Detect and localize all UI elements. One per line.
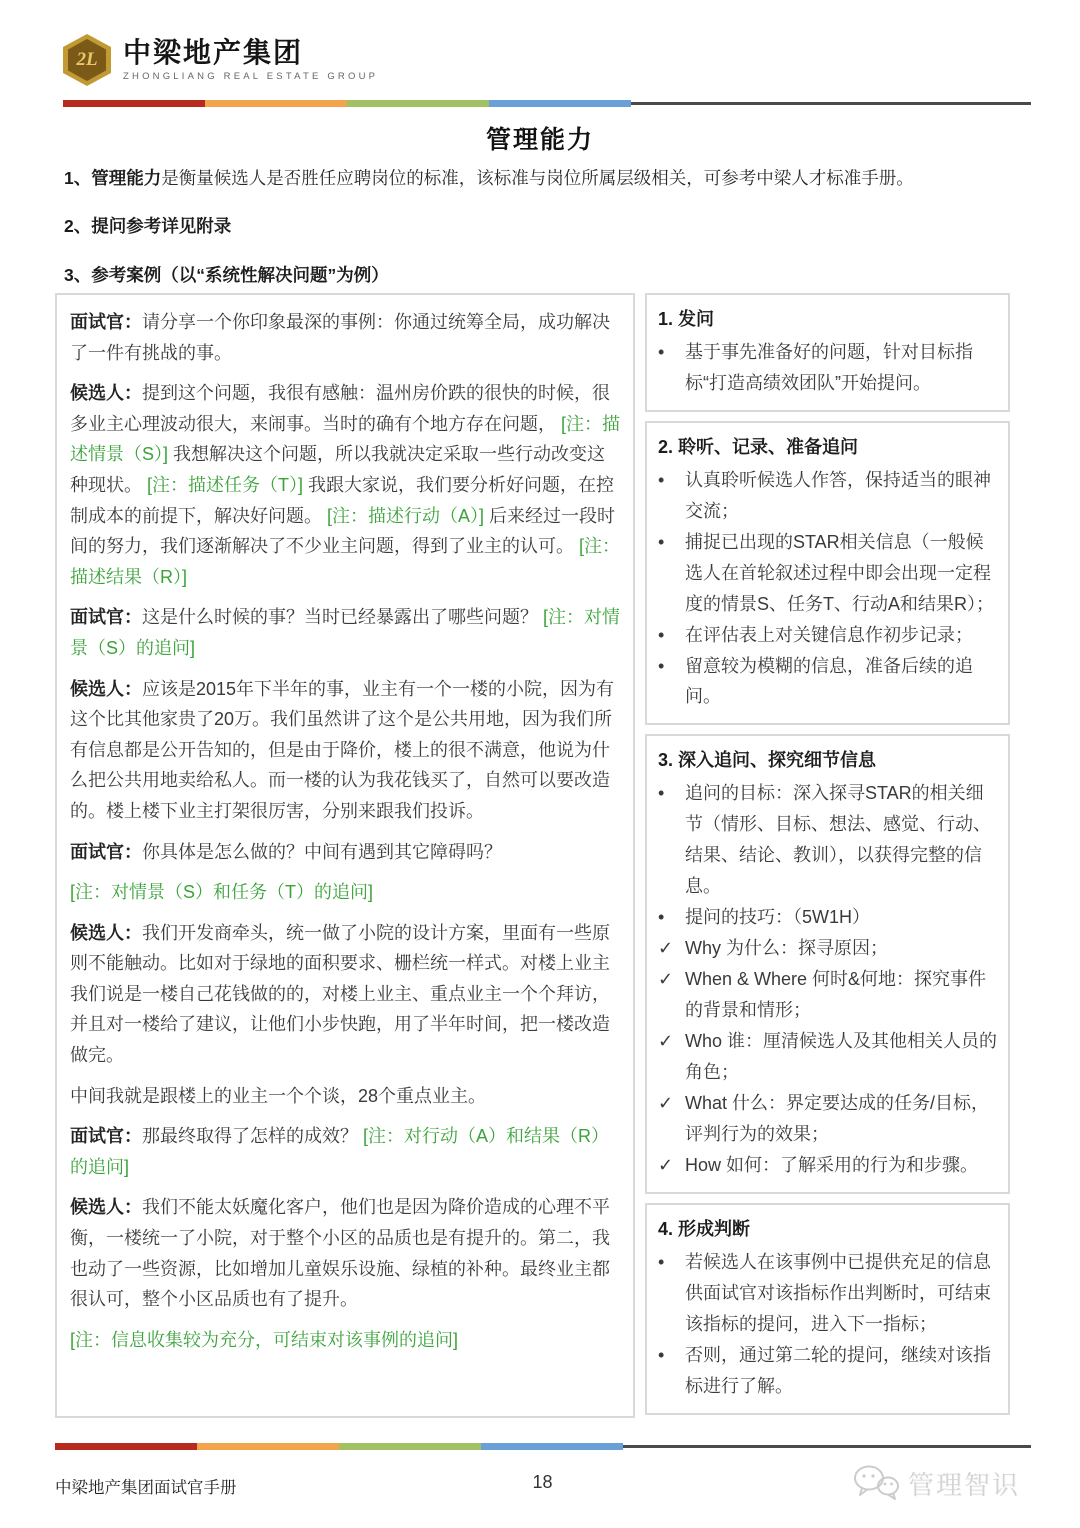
step-item-text: 认真聆听候选人作答，保持适当的眼神交流； — [685, 465, 997, 527]
step-item-text: 追问的目标：深入探寻STAR的相关细节（情形、目标、想法、感觉、行动、结果、结论… — [685, 778, 997, 902]
step-title: 1. 发问 — [658, 304, 997, 335]
step-item: •提问的技巧：（5W1H） — [658, 902, 997, 933]
bullet-marker: • — [658, 1247, 685, 1340]
dialogue-text: 这是什么时候的事？当时已经暴露出了哪些问题？ — [142, 607, 543, 627]
bar-segment-blue — [489, 100, 631, 107]
dialogue-paragraph: 候选人：我们开发商牵头，统一做了小院的设计方案，里面有一些原则不能触动。比如对于… — [70, 918, 620, 1071]
check-marker: ✓ — [658, 1150, 685, 1181]
dialogue-paragraph: 面试官：你具体是怎么做的？中间有遇到其它障碍吗？ — [70, 837, 620, 868]
speaker-label: 面试官： — [70, 842, 142, 862]
speaker-label: 候选人： — [70, 679, 142, 699]
intro-item: 3、参考案例（以“系统性解决问题”为例） — [64, 263, 1024, 288]
bar-segment-blue — [481, 1443, 623, 1450]
speaker-label: 面试官： — [70, 1126, 142, 1146]
intro-item-keyword: 参考案例（以“系统性解决问题”为例） — [91, 265, 389, 285]
dialogue-paragraph: 面试官：这是什么时候的事？当时已经暴露出了哪些问题？ [注：对情景（S）的追问] — [70, 602, 620, 663]
wechat-icon — [852, 1464, 900, 1502]
bar-segment-orange — [197, 1443, 339, 1450]
dialogue-text: 请分享一个你印象最深的事例：你通过统筹全局，成功解决了一件有挑战的事。 — [70, 312, 610, 363]
company-name-cn: 中梁地产集团 — [123, 38, 378, 69]
dialogue-paragraph: 面试官：请分享一个你印象最深的事例：你通过统筹全局，成功解决了一件有挑战的事。 — [70, 307, 620, 368]
bullet-marker: • — [658, 527, 685, 620]
page-title: 管理能力 — [0, 120, 1080, 156]
speaker-label: 候选人： — [70, 383, 142, 403]
bullet-marker: • — [658, 778, 685, 902]
step-box: 1. 发问•基于事先准备好的问题，针对目标指标“打造高绩效团队”开始提问。 — [645, 293, 1010, 412]
header-accent-bar — [63, 100, 1031, 107]
bullet-marker: • — [658, 465, 685, 527]
step-item: ✓How 如何：了解采用的行为和步骤。 — [658, 1150, 997, 1181]
step-item: •追问的目标：深入探寻STAR的相关细节（情形、目标、想法、感觉、行动、结果、结… — [658, 778, 997, 902]
intro-item-keyword: 提问参考详见附录 — [91, 216, 231, 236]
bar-segment-orange — [205, 100, 347, 107]
company-name-block: 中梁地产集团 ZHONGLIANG REAL ESTATE GROUP — [123, 38, 378, 83]
step-box: 2. 聆听、记录、准备追问•认真聆听候选人作答，保持适当的眼神交流；•捕捉已出现… — [645, 421, 1010, 726]
intro-item: 2、提问参考详见附录 — [64, 214, 1024, 239]
bar-line-gray — [623, 1445, 1031, 1448]
bullet-marker: • — [658, 620, 685, 651]
step-item: •在评估表上对关键信息作初步记录； — [658, 620, 997, 651]
bullet-marker: • — [658, 337, 685, 399]
intro-item: 1、管理能力是衡量候选人是否胜任应聘岗位的标准，该标准与岗位所属层级相关，可参考… — [64, 166, 1024, 191]
step-item: •捕捉已出现的STAR相关信息（一般候选人在首轮叙述过程中即会出现一定程度的情景… — [658, 527, 997, 620]
step-title: 2. 聆听、记录、准备追问 — [658, 432, 997, 463]
intro-item-number: 2、 — [64, 216, 91, 236]
dialogue-box: 面试官：请分享一个你印象最深的事例：你通过统筹全局，成功解决了一件有挑战的事。候… — [55, 293, 635, 1418]
dialogue-paragraph: 候选人：我们不能太妖魔化客户，他们也是因为降价造成的心理不平衡，一楼统一了小院，… — [70, 1192, 620, 1314]
dialogue-paragraph: [注：对情景（S）和任务（T）的追问] — [70, 877, 620, 908]
bar-segment-red — [55, 1443, 197, 1450]
step-title: 4. 形成判断 — [658, 1214, 997, 1245]
steps-column: 1. 发问•基于事先准备好的问题，针对目标指标“打造高绩效团队”开始提问。2. … — [645, 293, 1010, 1415]
logo-monogram: 2L — [76, 49, 97, 71]
intro-item-number: 3、 — [64, 265, 91, 285]
intro-item-text: 是衡量候选人是否胜任应聘岗位的标准，该标准与岗位所属层级相关，可参考中梁人才标准… — [161, 168, 914, 188]
bar-segment-red — [63, 100, 205, 107]
step-item-text: 捕捉已出现的STAR相关信息（一般候选人在首轮叙述过程中即会出现一定程度的情景S… — [685, 527, 997, 620]
dialogue-paragraph: [注：信息收集较为充分，可结束对该事例的追问] — [70, 1325, 620, 1356]
speaker-label: 候选人： — [70, 923, 142, 943]
star-annotation: [注：描述任务（T）] — [147, 475, 303, 495]
logo-hexagon: 2L — [68, 39, 106, 81]
step-item-text: 在评估表上对关键信息作初步记录； — [685, 620, 997, 651]
star-annotation: [注：描述行动（A）] — [327, 506, 484, 526]
intro-item-number: 1、 — [64, 168, 91, 188]
dialogue-text: 应该是2015年下半年的事，业主有一个一楼的小院，因为有这个比其他家贵了20万。… — [70, 679, 614, 821]
bullet-marker: • — [658, 902, 685, 933]
bullet-marker: • — [658, 1340, 685, 1402]
step-item: •留意较为模糊的信息，准备后续的追问。 — [658, 651, 997, 713]
step-item-text: Who 谁：厘清候选人及其他相关人员的角色； — [685, 1026, 997, 1088]
check-marker: ✓ — [658, 1026, 685, 1088]
intro-list: 1、管理能力是衡量候选人是否胜任应聘岗位的标准，该标准与岗位所属层级相关，可参考… — [64, 166, 1024, 311]
bullet-marker: • — [658, 651, 685, 713]
bar-segment-green — [347, 100, 489, 107]
watermark-text: 管理智识 — [908, 1465, 1020, 1502]
step-item-text: What 什么：界定要达成的任务/目标，评判行为的效果； — [685, 1088, 997, 1150]
step-item-text: 提问的技巧：（5W1H） — [685, 902, 997, 933]
dialogue-text: 中间我就是跟楼上的业主一个个谈，28个重点业主。 — [70, 1086, 486, 1106]
step-box: 4. 形成判断•若候选人在该事例中已提供充足的信息供面试官对该指标作出判断时，可… — [645, 1203, 1010, 1415]
step-item: •若候选人在该事例中已提供充足的信息供面试官对该指标作出判断时，可结束该指标的提… — [658, 1247, 997, 1340]
step-item-text: When & Where 何时&何地：探究事件的背景和情形； — [685, 964, 997, 1026]
bar-line-gray — [631, 102, 1031, 105]
bar-segment-green — [339, 1443, 481, 1450]
company-logo-icon: 2L — [63, 34, 111, 86]
speaker-label: 候选人： — [70, 1197, 142, 1217]
step-title: 3. 深入追问、探究细节信息 — [658, 745, 997, 776]
star-annotation: [注：对情景（S）和任务（T）的追问] — [70, 882, 373, 902]
check-marker: ✓ — [658, 964, 685, 1026]
intro-item-keyword: 管理能力 — [91, 168, 161, 188]
step-item-text: 否则，通过第二轮的提问，继续对该指标进行了解。 — [685, 1340, 997, 1402]
step-item: •否则，通过第二轮的提问，继续对该指标进行了解。 — [658, 1340, 997, 1402]
main-content: 面试官：请分享一个你印象最深的事例：你通过统筹全局，成功解决了一件有挑战的事。候… — [55, 293, 1010, 1418]
dialogue-text: 我们开发商牵头，统一做了小院的设计方案，里面有一些原则不能触动。比如对于绿地的面… — [70, 923, 610, 1065]
step-box: 3. 深入追问、探究细节信息•追问的目标：深入探寻STAR的相关细节（情形、目标… — [645, 734, 1010, 1193]
header: 2L 中梁地产集团 ZHONGLIANG REAL ESTATE GROUP — [63, 34, 378, 86]
speaker-label: 面试官： — [70, 607, 142, 627]
dialogue-paragraph: 候选人：提到这个问题，我很有感触：温州房价跌的很快的时候，很多业主心理波动很大，… — [70, 378, 620, 592]
step-item: •认真聆听候选人作答，保持适当的眼神交流； — [658, 465, 997, 527]
star-annotation: [注：信息收集较为充分，可结束对该事例的追问] — [70, 1330, 458, 1350]
step-item-text: 基于事先准备好的问题，针对目标指标“打造高绩效团队”开始提问。 — [685, 337, 997, 399]
company-name-en: ZHONGLIANG REAL ESTATE GROUP — [123, 71, 378, 82]
check-marker: ✓ — [658, 933, 685, 964]
footer-accent-bar — [55, 1443, 1031, 1450]
step-item-text: 留意较为模糊的信息，准备后续的追问。 — [685, 651, 997, 713]
dialogue-text: 提到这个问题，我很有感触：温州房价跌的很快的时候，很多业主心理波动很大，来闹事。… — [70, 383, 610, 434]
step-item: •基于事先准备好的问题，针对目标指标“打造高绩效团队”开始提问。 — [658, 337, 997, 399]
step-item-text: 若候选人在该事例中已提供充足的信息供面试官对该指标作出判断时，可结束该指标的提问… — [685, 1247, 997, 1340]
dialogue-paragraph: 中间我就是跟楼上的业主一个个谈，28个重点业主。 — [70, 1081, 620, 1112]
step-item: ✓When & Where 何时&何地：探究事件的背景和情形； — [658, 964, 997, 1026]
document-page: 2L 中梁地产集团 ZHONGLIANG REAL ESTATE GROUP 管… — [0, 0, 1080, 1528]
step-item: ✓Why 为什么：探寻原因； — [658, 933, 997, 964]
dialogue-text: 我们不能太妖魔化客户，他们也是因为降价造成的心理不平衡，一楼统一了小院，对于整个… — [70, 1197, 610, 1309]
step-item: ✓What 什么：界定要达成的任务/目标，评判行为的效果； — [658, 1088, 997, 1150]
dialogue-text: 你具体是怎么做的？中间有遇到其它障碍吗？ — [142, 842, 502, 862]
dialogue-text: 那最终取得了怎样的成效？ — [142, 1126, 363, 1146]
step-item: ✓Who 谁：厘清候选人及其他相关人员的角色； — [658, 1026, 997, 1088]
step-item-text: Why 为什么：探寻原因； — [685, 933, 997, 964]
step-item-text: How 如何：了解采用的行为和步骤。 — [685, 1150, 997, 1181]
watermark: 管理智识 — [852, 1464, 1020, 1502]
speaker-label: 面试官： — [70, 312, 142, 332]
footer: 中梁地产集团面试官手册 18 管理智识 — [55, 1462, 1030, 1512]
dialogue-paragraph: 面试官：那最终取得了怎样的成效？ [注：对行动（A）和结果（R）的追问] — [70, 1121, 620, 1182]
dialogue-paragraph: 候选人：应该是2015年下半年的事，业主有一个一楼的小院，因为有这个比其他家贵了… — [70, 674, 620, 827]
check-marker: ✓ — [658, 1088, 685, 1150]
